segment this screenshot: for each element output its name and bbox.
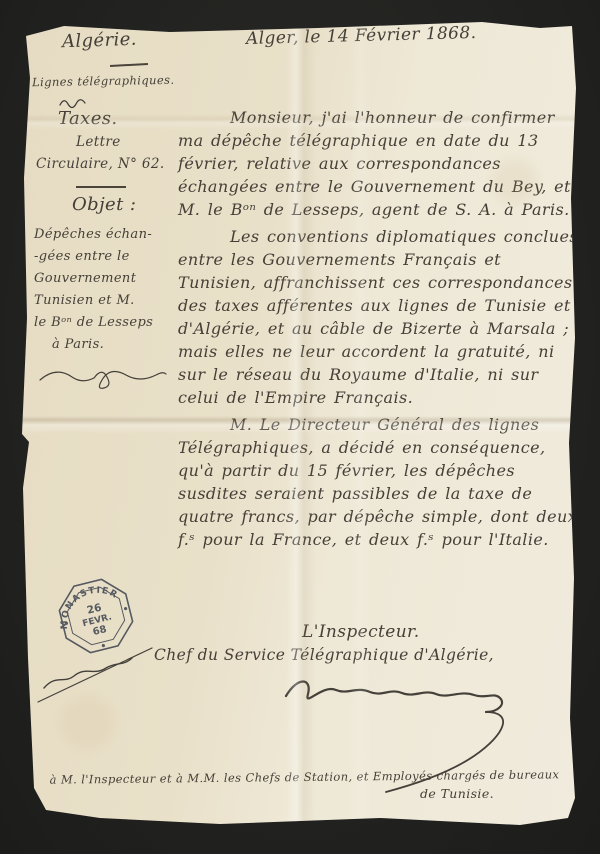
paragraph-3: M. Le Directeur Général des lignes Télég… <box>178 413 580 551</box>
margin-letter-kind: Lettre <box>76 134 121 150</box>
flourish-icon <box>38 366 168 392</box>
margin-divider-rule <box>76 186 126 188</box>
region-underline-rule <box>110 63 148 67</box>
region-title: Algérie. <box>62 29 138 53</box>
objet-line: Gouvernement <box>34 268 184 290</box>
letter-body: Monsieur, j'ai l'honneur de confirmer ma… <box>178 106 580 555</box>
footer-distribution-line2: de Tunisie. <box>420 786 494 801</box>
dateline: Alger, le 14 Février 1868. <box>246 23 477 49</box>
paragraph-1: Monsieur, j'ai l'honneur de confirmer ma… <box>178 106 580 221</box>
closing-title: Chef du Service Télégraphique d'Algérie, <box>154 646 494 664</box>
objet-line: Tunisien et M. <box>34 290 184 312</box>
margin-objet-label: Objet : <box>72 194 136 215</box>
margin-objet-text: Dépêches échan- -gées entre le Gouvernem… <box>34 224 184 356</box>
objet-line: le Bᵒⁿ de Lesseps <box>34 312 184 334</box>
closing-role: L'Inspecteur. <box>302 622 420 642</box>
objet-line: à Paris. <box>34 334 184 356</box>
objet-line: Dépêches échan- <box>34 224 184 246</box>
margin-service-line: Lignes télégraphiques. <box>32 73 175 89</box>
paragraph-2: Les conventions diplomatiques conclues e… <box>178 225 580 409</box>
paraphe-signature-mark <box>34 626 159 706</box>
margin-subject: Taxes. <box>58 108 118 129</box>
margin-letter-ref: Circulaire, N° 62. <box>36 156 165 172</box>
objet-line: -gées entre le <box>34 246 184 268</box>
letter-page: Algérie. Alger, le 14 Février 1868. Lign… <box>20 18 582 838</box>
